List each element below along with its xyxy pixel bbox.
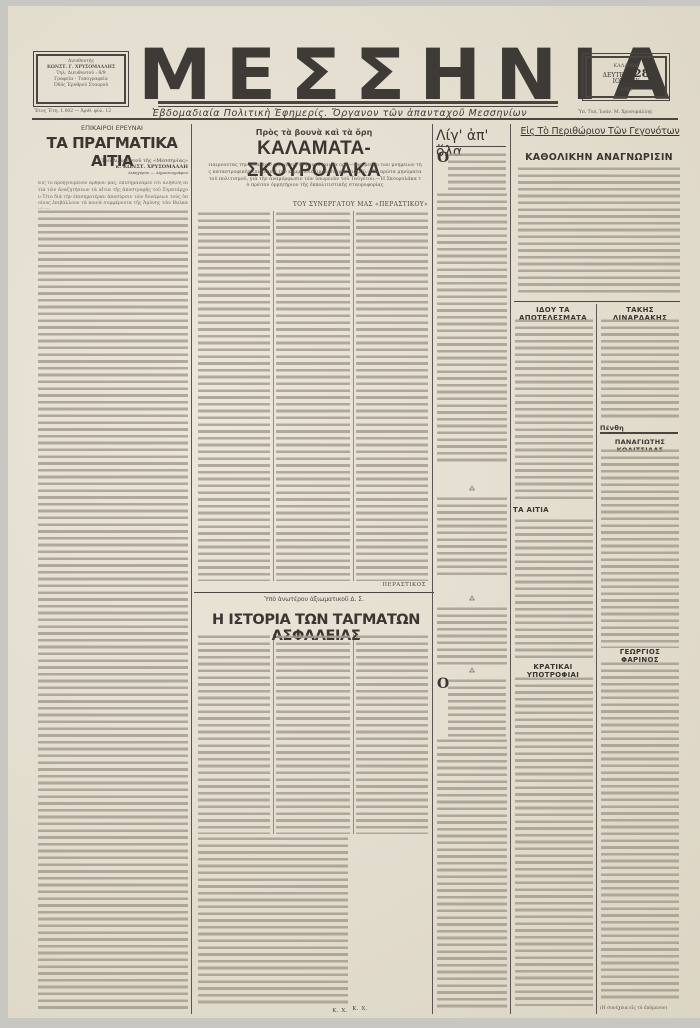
- col4-body-3: [437, 496, 507, 576]
- center-divider: [194, 592, 434, 593]
- city-label: ΚΑΛΑΜΑΙ: [589, 63, 663, 69]
- right-item-body-7: [515, 676, 593, 1006]
- col4-head-rule: [436, 146, 506, 147]
- col4-asterism: ⁂: [437, 596, 507, 603]
- center-top-signature: ΠΕΡΑΣΤΙΚΟΣ: [358, 582, 426, 588]
- date-line: ΔΕΥΤΕΡΑ 28 ΙΟΥΛΙΟΥ: [589, 71, 663, 85]
- col1-kicker: ΕΠΙΚΑΙΡΟΙ ΕΡΕΥΝΑΙ: [36, 124, 188, 132]
- history-signature: Κ. Χ.: [308, 1008, 348, 1014]
- newspaper-page: Διευθυντής ΚΩΝΣΤ. Γ. ΧΡΥΣΟΜΑΛΛΗΣ Τηλ. Δι…: [8, 6, 700, 1018]
- sidebar-headline: ΚΑΘΟΛΙΚΗΝ ΑΝΑΓΝΩΡΙΣΙΝ: [520, 152, 678, 163]
- column-divider: [353, 634, 354, 834]
- col4-body-2: [437, 192, 507, 462]
- center-body-col1: [198, 211, 270, 581]
- col1-lead-text: Εἰς τὸ προηγούμενον ἄρθρον μας, ἐπισημάν…: [38, 181, 188, 209]
- right-item-body-6: [601, 661, 679, 1001]
- masthead-title: ΜΕΣΣΗΝΙΑ: [138, 40, 568, 110]
- obituary-label: Πένθη: [600, 424, 678, 434]
- col4-body-5: [448, 678, 506, 738]
- column-divider-3: [510, 124, 511, 1014]
- offices-address: Ὁδὸς Ἐρυθροῦ Σταυροῦ: [40, 83, 122, 89]
- col4-asterism: ⁂: [437, 486, 507, 493]
- center-deck: Παίρνοντας τὴν ὁδὸν τῶν ὀρέων εἰς τὰ βου…: [208, 163, 422, 197]
- column-divider: [273, 634, 274, 834]
- year: 1952: [589, 87, 663, 93]
- sidebar-section-title: Εἰς Τὸ Περιθώριον Τῶν Γεγονότων: [520, 126, 680, 137]
- col1-body-text: [38, 209, 188, 1009]
- right-item-body-1: [515, 318, 593, 500]
- center-kicker: Πρὸς τὰ βουνὰ καὶ τὰ ὄρη: [196, 128, 432, 137]
- center-body-col3: [356, 211, 428, 581]
- right-item-body-2: [601, 318, 679, 418]
- column-divider-2: [432, 124, 433, 1014]
- center-body-col2: [276, 211, 350, 581]
- col4-body-6: [437, 738, 507, 1008]
- masthead-rule: [158, 101, 558, 107]
- history-body-col3: [356, 634, 428, 834]
- masthead-bottom-rule: [32, 118, 678, 120]
- history-kicker: Ὑπὸ ἀνωτέρου ἀξιωματικοῦ Δ. Σ.: [196, 596, 432, 603]
- continued-note: (Η συνέχεια εἰς τὸ ἐπόμενον): [600, 1006, 680, 1011]
- history-body-col1: [198, 634, 270, 834]
- typesetter-info: Ὑπ. Τυπ. Ἰωάν. Μ. Χρυσομάλλης: [578, 110, 678, 115]
- sidebar-body: [518, 166, 680, 296]
- issue-info: Ἔτος Ἔτη. 1.002 — Ἀριθ. φύλ. 12: [34, 109, 144, 114]
- sidebar-rule: [514, 301, 680, 302]
- column-divider-1: [191, 124, 192, 1014]
- right-item-body-3: [515, 518, 593, 660]
- column-divider: [273, 211, 274, 581]
- col1-byline-line3: Δικηγόρου — Δημοσιογράφου: [36, 170, 188, 176]
- column-divider: [353, 211, 354, 581]
- col4-body-1: [448, 152, 506, 192]
- history-body-col2: [276, 634, 350, 834]
- month: ΙΟΥΛΙΟΥ: [613, 78, 640, 85]
- col4-body-4: [437, 606, 507, 666]
- col1-byline: Τοῦ Διευθυντοῦ τῆς «Μεσσηνίας» κ. ΚΩΝΣΤ.…: [36, 158, 188, 176]
- center-byline: ΤΟΥ ΣΥΝΕΡΓΑΤΟΥ ΜΑΣ «ΠΕΡΑΣΤΙΚΟΥ»: [258, 202, 428, 208]
- right-item-headline-3: ΤΑ ΑΙΤΙΑ: [513, 506, 553, 514]
- masthead-date-box: ΚΑΛΑΜΑΙ ΔΕΥΤΕΡΑ 28 ΙΟΥΛΙΟΥ 1952: [585, 56, 667, 98]
- right-item-body-5: [601, 448, 679, 648]
- history-body-wide: [198, 836, 348, 1006]
- masthead-left-box: Διευθυντής ΚΩΝΣΤ. Γ. ΧΡΥΣΟΜΑΛΛΗΣ Τηλ. Δι…: [36, 54, 126, 104]
- col4-asterism: ⁂: [437, 668, 507, 675]
- column-divider-4: [596, 304, 597, 1014]
